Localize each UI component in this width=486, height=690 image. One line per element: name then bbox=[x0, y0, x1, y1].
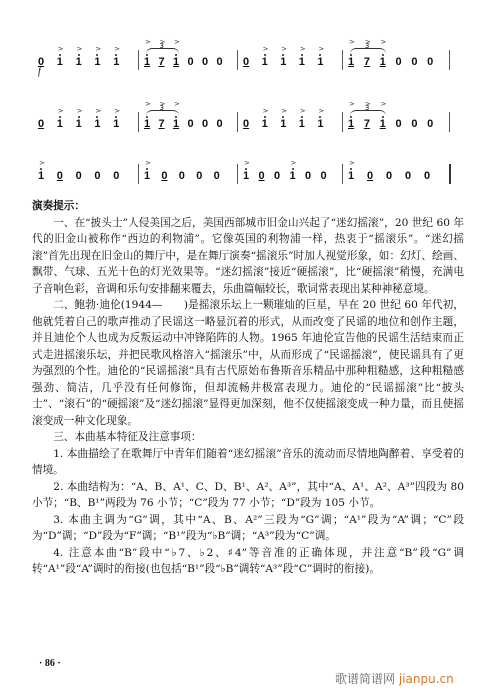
score-note: 1 bbox=[348, 170, 354, 182]
score-note: 0 bbox=[94, 170, 100, 182]
score-note: 0 bbox=[202, 118, 208, 130]
paragraph-psychedelic-rock: 一、在“披头士”人侵美国之后，美国西部城市旧金山兴起了“迷幻摇滚”，20 世纪 … bbox=[32, 215, 464, 298]
paragraph-note-2: 2. 本曲结构为：“A、B、A¹、C、D、B¹、A²、A³”，其中“A、A¹、A… bbox=[32, 479, 464, 512]
octave-dot bbox=[78, 116, 80, 118]
score-note: 0 bbox=[188, 56, 194, 68]
score-note: 1 bbox=[290, 170, 296, 182]
accent-mark: > bbox=[281, 107, 287, 115]
barline bbox=[342, 50, 343, 70]
accent-mark: > bbox=[77, 45, 83, 53]
accent-mark: > bbox=[381, 100, 387, 108]
score-note: 1 bbox=[317, 118, 323, 130]
octave-dot bbox=[350, 116, 352, 118]
score-note: 1 bbox=[38, 170, 44, 182]
score-note: 1 bbox=[94, 118, 100, 130]
score-note: 0 bbox=[321, 170, 327, 182]
score-note: 0 bbox=[427, 56, 433, 68]
dynamic-forte: f bbox=[38, 66, 41, 77]
score-note: 0 bbox=[396, 56, 402, 68]
watermark: 歌谱简谱网 jianpu.cn bbox=[335, 670, 454, 687]
score-note: 7 bbox=[159, 56, 165, 68]
score-note: 1 bbox=[76, 118, 82, 130]
accent-mark: > bbox=[174, 100, 180, 108]
accent-mark: > bbox=[244, 159, 250, 167]
accent-mark: > bbox=[145, 100, 151, 108]
accent-mark: > bbox=[263, 107, 269, 115]
octave-dot bbox=[40, 168, 42, 170]
score-note: 1 bbox=[144, 170, 150, 182]
barline bbox=[237, 164, 238, 184]
octave-dot bbox=[59, 54, 61, 56]
score-note: 1 bbox=[262, 56, 268, 68]
notes-heading: 演奏提示： bbox=[32, 198, 464, 215]
octave-dot bbox=[245, 168, 247, 170]
score-note: 0 bbox=[161, 170, 167, 182]
accent-mark: > bbox=[349, 38, 355, 46]
score-note: 1 bbox=[299, 118, 305, 130]
accent-mark: > bbox=[318, 45, 324, 53]
score-note: 0 bbox=[424, 170, 430, 182]
score-note: 7 bbox=[364, 56, 370, 68]
score-note: 0 bbox=[113, 170, 119, 182]
triplet-label: 3 bbox=[365, 104, 369, 112]
accent-mark: > bbox=[58, 45, 64, 53]
accent-mark: > bbox=[381, 38, 387, 46]
score-note: 1 bbox=[57, 118, 63, 130]
score-note: 0 bbox=[38, 118, 44, 130]
score-note: 1 bbox=[380, 56, 386, 68]
score-note: 0 bbox=[411, 56, 417, 68]
score-note: 1 bbox=[262, 118, 268, 130]
score-note: 0 bbox=[243, 56, 249, 68]
score-note: 0 bbox=[427, 118, 433, 130]
performance-notes: 演奏提示： 一、在“披头士”人侵美国之后，美国西部城市旧金山兴起了“迷幻摇滚”，… bbox=[32, 198, 464, 578]
score-note: 0 bbox=[411, 118, 417, 130]
triplet-label: 3 bbox=[160, 104, 164, 112]
score-note: 1 bbox=[144, 118, 150, 130]
score-note: 0 bbox=[405, 170, 411, 182]
score-note: 1 bbox=[317, 56, 323, 68]
barline bbox=[449, 50, 450, 70]
score-note: 1 bbox=[243, 170, 249, 182]
score-note: 0 bbox=[202, 56, 208, 68]
octave-dot bbox=[146, 116, 148, 118]
octave-dot bbox=[264, 116, 266, 118]
octave-dot bbox=[78, 54, 80, 56]
score-note: 1 bbox=[113, 56, 119, 68]
accent-mark: > bbox=[300, 107, 306, 115]
octave-dot bbox=[264, 54, 266, 56]
accent-mark: > bbox=[349, 159, 355, 167]
paragraph-note-3: 3. 本曲主调为“G”调，其中“A、B、A²”三段为“G”调；“A¹”段为“A”… bbox=[32, 512, 464, 545]
score-note: 1 bbox=[173, 56, 179, 68]
score-note: 0 bbox=[217, 56, 223, 68]
octave-dot bbox=[301, 116, 303, 118]
octave-dot bbox=[146, 168, 148, 170]
triplet-label: 3 bbox=[365, 42, 369, 50]
paragraph-bob-dylan: 二、鲍勃·迪伦(1944— )是摇滚乐坛上一颗璀灿的巨星，早在 20 世纪 60… bbox=[32, 297, 464, 429]
accent-mark: > bbox=[145, 38, 151, 46]
score-note: 0 bbox=[396, 118, 402, 130]
score-note: 7 bbox=[159, 118, 165, 130]
score-note: 0 bbox=[305, 170, 311, 182]
watermark-cn: 歌谱简谱网 bbox=[335, 672, 395, 686]
octave-dot bbox=[175, 54, 177, 56]
octave-dot bbox=[59, 116, 61, 118]
barline bbox=[342, 112, 343, 132]
score-note: 0 bbox=[214, 170, 220, 182]
score-note: 1 bbox=[94, 56, 100, 68]
accent-mark: > bbox=[58, 107, 64, 115]
accent-mark: > bbox=[95, 107, 101, 115]
barline bbox=[138, 112, 139, 132]
score-note: 1 bbox=[76, 56, 82, 68]
accent-mark: > bbox=[114, 107, 120, 115]
score-note: 0 bbox=[367, 170, 373, 182]
paragraph-features-heading: 三、本曲基本特征及注意事项： bbox=[32, 429, 464, 446]
octave-dot bbox=[146, 54, 148, 56]
score-note: 1 bbox=[144, 56, 150, 68]
octave-dot bbox=[175, 116, 177, 118]
accent-mark: > bbox=[281, 45, 287, 53]
barline bbox=[138, 164, 139, 184]
score-note: 0 bbox=[386, 170, 392, 182]
score-note: 1 bbox=[280, 56, 286, 68]
accent-mark: > bbox=[114, 45, 120, 53]
score-note: 1 bbox=[299, 56, 305, 68]
barline bbox=[138, 50, 139, 70]
accent-mark: > bbox=[145, 159, 151, 167]
accent-mark: > bbox=[291, 159, 297, 167]
octave-dot bbox=[382, 54, 384, 56]
score-note: 1 bbox=[57, 56, 63, 68]
score-row: 1>00001>00001>001>001>0000 bbox=[34, 158, 454, 188]
watermark-url: jianpu.cn bbox=[399, 672, 454, 686]
score-note: 1 bbox=[113, 118, 119, 130]
octave-dot bbox=[301, 54, 303, 56]
accent-mark: > bbox=[39, 159, 45, 167]
score-note: 1 bbox=[173, 118, 179, 130]
accent-mark: > bbox=[349, 100, 355, 108]
accent-mark: > bbox=[318, 107, 324, 115]
octave-dot bbox=[292, 168, 294, 170]
score-note: 1 bbox=[380, 118, 386, 130]
barline bbox=[237, 112, 238, 132]
score-note: 1 bbox=[348, 56, 354, 68]
score-row: 01>1>1>1>1>7>1>000301>1>1>1>1>7>1>0003 bbox=[34, 44, 454, 74]
score-note: 1 bbox=[348, 118, 354, 130]
accent-mark: > bbox=[95, 45, 101, 53]
score-note: 0 bbox=[243, 118, 249, 130]
barline bbox=[237, 50, 238, 70]
barline bbox=[449, 112, 450, 132]
score-note: 0 bbox=[76, 170, 82, 182]
page-number: · 86 · bbox=[39, 658, 61, 669]
score-note: 1 bbox=[280, 118, 286, 130]
final-barline bbox=[449, 164, 451, 184]
barline bbox=[342, 164, 343, 184]
octave-dot bbox=[350, 168, 352, 170]
triplet-label: 3 bbox=[160, 42, 164, 50]
octave-dot bbox=[350, 54, 352, 56]
score-note: 0 bbox=[274, 170, 280, 182]
score-note: 0 bbox=[188, 118, 194, 130]
score-note: 7 bbox=[364, 118, 370, 130]
score-note: 0 bbox=[179, 170, 185, 182]
accent-mark: > bbox=[263, 45, 269, 53]
score-row: 01>1>1>1>1>7>1>000301>1>1>1>1>7>1>0003 bbox=[34, 106, 454, 136]
score-note: 0 bbox=[196, 170, 202, 182]
accent-mark: > bbox=[300, 45, 306, 53]
paragraph-note-1: 1. 本曲描绘了在歌舞厅中青年们随着“迷幻摇滚”音乐的流动而尽情地陶醉着、享受着… bbox=[32, 446, 464, 479]
score-note: 0 bbox=[217, 118, 223, 130]
paragraph-note-4: 4. 注意本曲“B”段中“♭7、♭2、♯4”等音准的正确体现，并注意“B”段“G… bbox=[32, 545, 464, 578]
accent-mark: > bbox=[77, 107, 83, 115]
accent-mark: > bbox=[174, 38, 180, 46]
score-note: 0 bbox=[259, 170, 265, 182]
octave-dot bbox=[382, 116, 384, 118]
score-note: 0 bbox=[57, 170, 63, 182]
